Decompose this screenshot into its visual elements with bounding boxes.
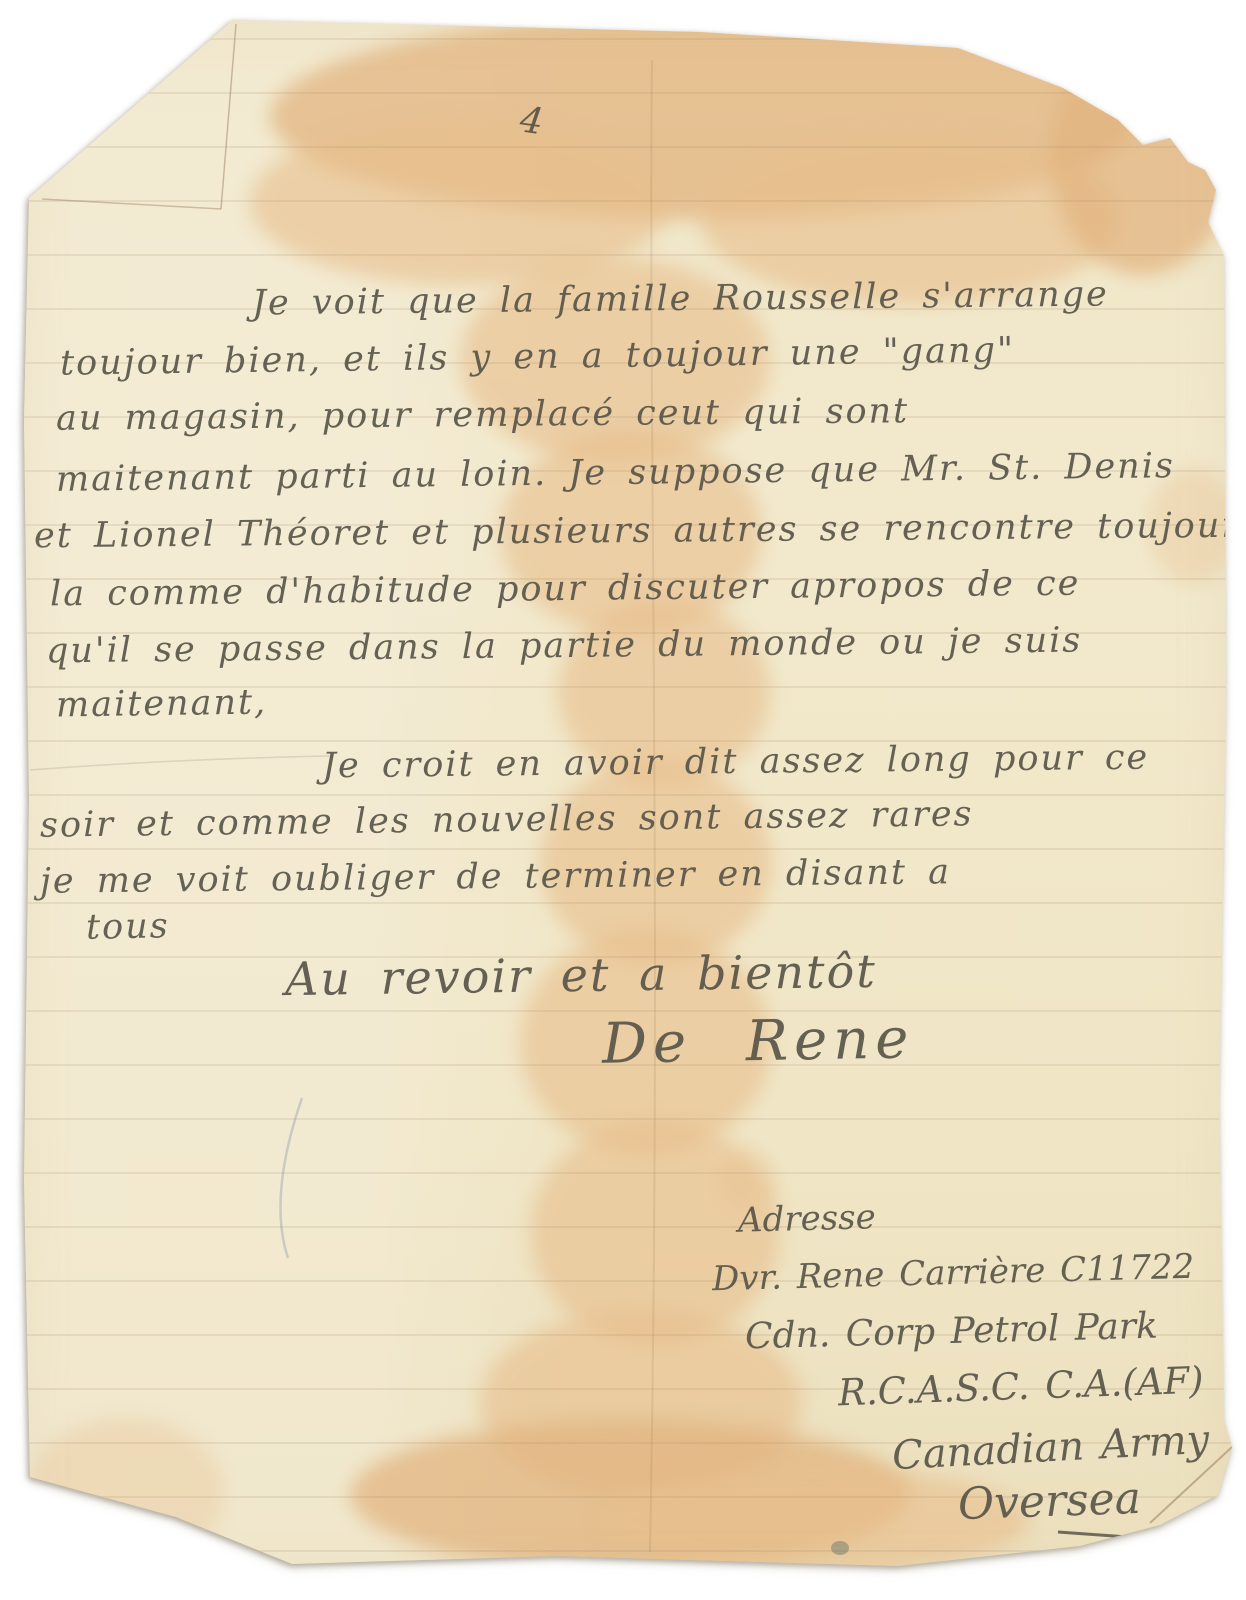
letter-line: toujour bien, et ils y en a toujour une … (60, 333, 1015, 381)
letter-line: je me voit oubliger de terminer en disan… (40, 855, 951, 900)
letter-line: qu'il se passe dans la partie du monde o… (46, 624, 1083, 670)
letter-line: soir et comme les nouvelles sont assez r… (40, 797, 974, 843)
address-line: Oversea (957, 1477, 1141, 1527)
letter-line: maitenant, (56, 686, 268, 724)
stain-blob (1050, 40, 1235, 275)
side-crease (30, 756, 330, 770)
letter-line: la comme d'habitude pour discuter apropo… (50, 567, 1081, 613)
stain-blob (270, 14, 1140, 219)
ink-smudge (831, 1541, 849, 1555)
address-line: Cdn. Corp Petrol Park (745, 1309, 1159, 1356)
letter-line: au magasin, pour remplacé ceut qui sont (56, 394, 909, 436)
oversea-underline (1058, 1532, 1128, 1537)
address-heading: Adresse (738, 1200, 877, 1238)
address-line: Dvr. Rene Carrière C11722 (712, 1250, 1195, 1297)
closing-line: Au revoir et a bientôt (285, 948, 877, 1002)
fold-crease (42, 199, 221, 209)
stain-blob (28, 1418, 223, 1568)
signature: De Rene (602, 1011, 915, 1072)
page-number: 4 (518, 102, 548, 141)
letter-line: tous (86, 909, 170, 945)
blue-pencil-mark (281, 1098, 302, 1258)
letter-line: maitenant parti au loin. Je suppose que … (56, 449, 1175, 498)
letter-line: et Lionel Théoret et plusieurs autres se… (34, 509, 1240, 555)
letter-line: Je croit en avoir dit assez long pour ce (322, 741, 1150, 785)
scan-background: 4 Je voit que la famille Rousselle s'arr… (0, 0, 1246, 1600)
stain-blob (250, 120, 670, 285)
stain-blob (350, 1420, 910, 1570)
letter-line: Je voit que la famille Rousselle s'arran… (252, 278, 1109, 322)
fold-crease (221, 24, 236, 209)
address-line: Canadian Army (891, 1420, 1210, 1477)
letter-paper: 4 Je voit que la famille Rousselle s'arr… (0, 0, 1246, 1600)
address-line: R.C.A.S.C. C.A.(AF) (837, 1362, 1204, 1412)
letter-paper-wrap: 4 Je voit que la famille Rousselle s'arr… (0, 0, 1246, 1600)
